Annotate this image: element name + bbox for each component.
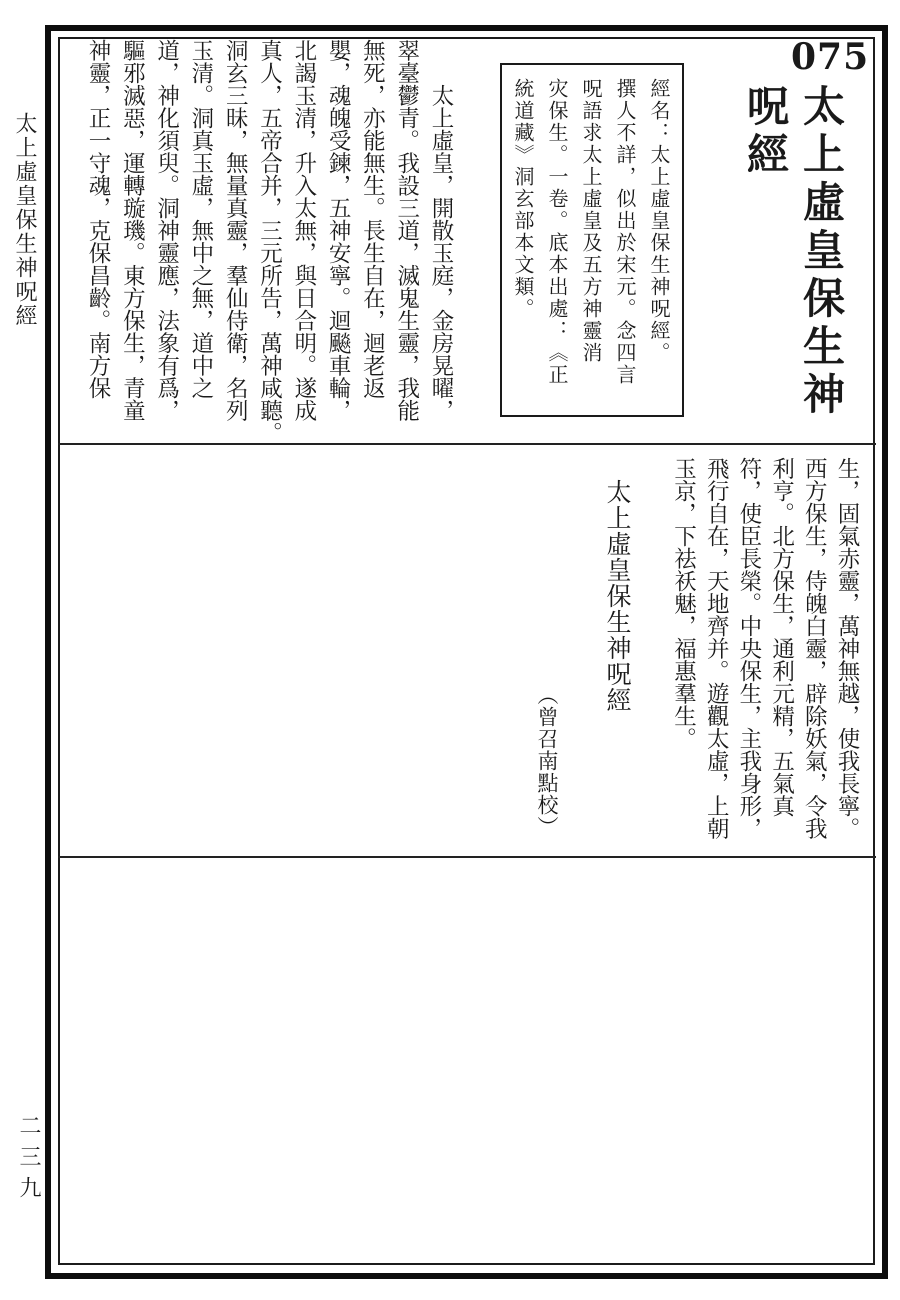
text-column: 真人，五帝合并，三元所告，萬神咸聽。 <box>252 39 286 445</box>
section-divider-upper <box>58 443 876 445</box>
text-column: 飛行自在，天地齊并。遊觀太虛，上朝 <box>699 457 732 857</box>
text-column: 驅邪滅惡，運轉璇璣。東方保生，青童 <box>115 39 149 445</box>
colophon-column: 撰人不詳，似出於宋元。念四言 <box>608 78 642 404</box>
text-column: 無死，亦能無生。長生自在，迴老返 <box>355 39 389 445</box>
upper-text-block: 太上虛皇，開散玉庭，金房晃曜，翠臺鬱青。我設三道，滅鬼生靈，我能無死，亦能無生。… <box>80 39 458 445</box>
text-column: 北謁玉清，升入太無，與日合明。遂成 <box>287 39 321 445</box>
text-column: 玉京，下祛祅魅，福惠羣生。 <box>667 457 700 857</box>
text-column: 符，使臣長榮。中央保生，主我身形， <box>732 457 765 857</box>
colophon-text-block: 經名：太上虛皇保生神呪經。撰人不詳，似出於宋元。念四言呪語求太上虛皇及五方神靈消… <box>504 78 676 404</box>
colophon-box: 經名：太上虛皇保生神呪經。撰人不詳，似出於宋元。念四言呪語求太上虛皇及五方神靈消… <box>500 63 684 417</box>
text-column: 嬰，魂魄受鍊，五神安寧。迴飈車輪， <box>321 39 355 445</box>
colophon-column: 經名：太上虛皇保生神呪經。 <box>642 78 676 404</box>
lower-text-block: 生，固氣赤靈，萬神無越，使我長寧。西方保生，侍魄白靈，辟除妖氣，令我利亨。北方保… <box>666 457 863 857</box>
header-serial-number: 075 <box>791 36 869 78</box>
end-title: 太上虛皇保生神呪經 <box>599 479 635 719</box>
text-column: 生，固氣赤靈，萬神無越，使我長寧。 <box>830 457 863 857</box>
text-column: 道，神化須臾。洞神靈應，法象有爲， <box>149 39 183 445</box>
colophon-column: 統道藏》洞玄部本文類。 <box>506 78 540 404</box>
text-column: 玉清。洞真玉虛，無中之無，道中之 <box>184 39 218 445</box>
scanned-book-page: 太上虛皇保生神呪經 二三九 075 太上虛皇保生神 呪經 經名：太上虛皇保生神呪… <box>0 0 900 1300</box>
text-column: 西方保生，侍魄白靈，辟除妖氣，令我 <box>798 457 831 857</box>
page-number: 二三九 <box>13 1114 44 1234</box>
margin-running-title: 太上虛皇保生神呪經 <box>9 112 40 352</box>
colophon-column: 灾保生。一卷。底本出處：《正 <box>540 78 574 404</box>
colophon-column: 呪語求太上虛皇及五方神靈消 <box>574 78 608 404</box>
header-title-line2: 呪經 <box>735 84 795 204</box>
section-divider-lower <box>58 856 876 858</box>
text-column: 利亨。北方保生，通利元精，五氣真 <box>765 457 798 857</box>
editor-note: （曾召南點校） <box>532 684 562 854</box>
text-column: 洞玄三昧，無量真靈，羣仙侍衛，名列 <box>218 39 252 445</box>
text-column: 神靈，正一守魂，克保昌齡。南方保 <box>81 39 115 445</box>
text-column: 太上虛皇，開散玉庭，金房晃曜， <box>424 39 458 445</box>
header-title-line1: 太上虛皇保生神 <box>791 84 851 430</box>
text-column: 翠臺鬱青。我設三道，滅鬼生靈，我能 <box>389 39 423 445</box>
